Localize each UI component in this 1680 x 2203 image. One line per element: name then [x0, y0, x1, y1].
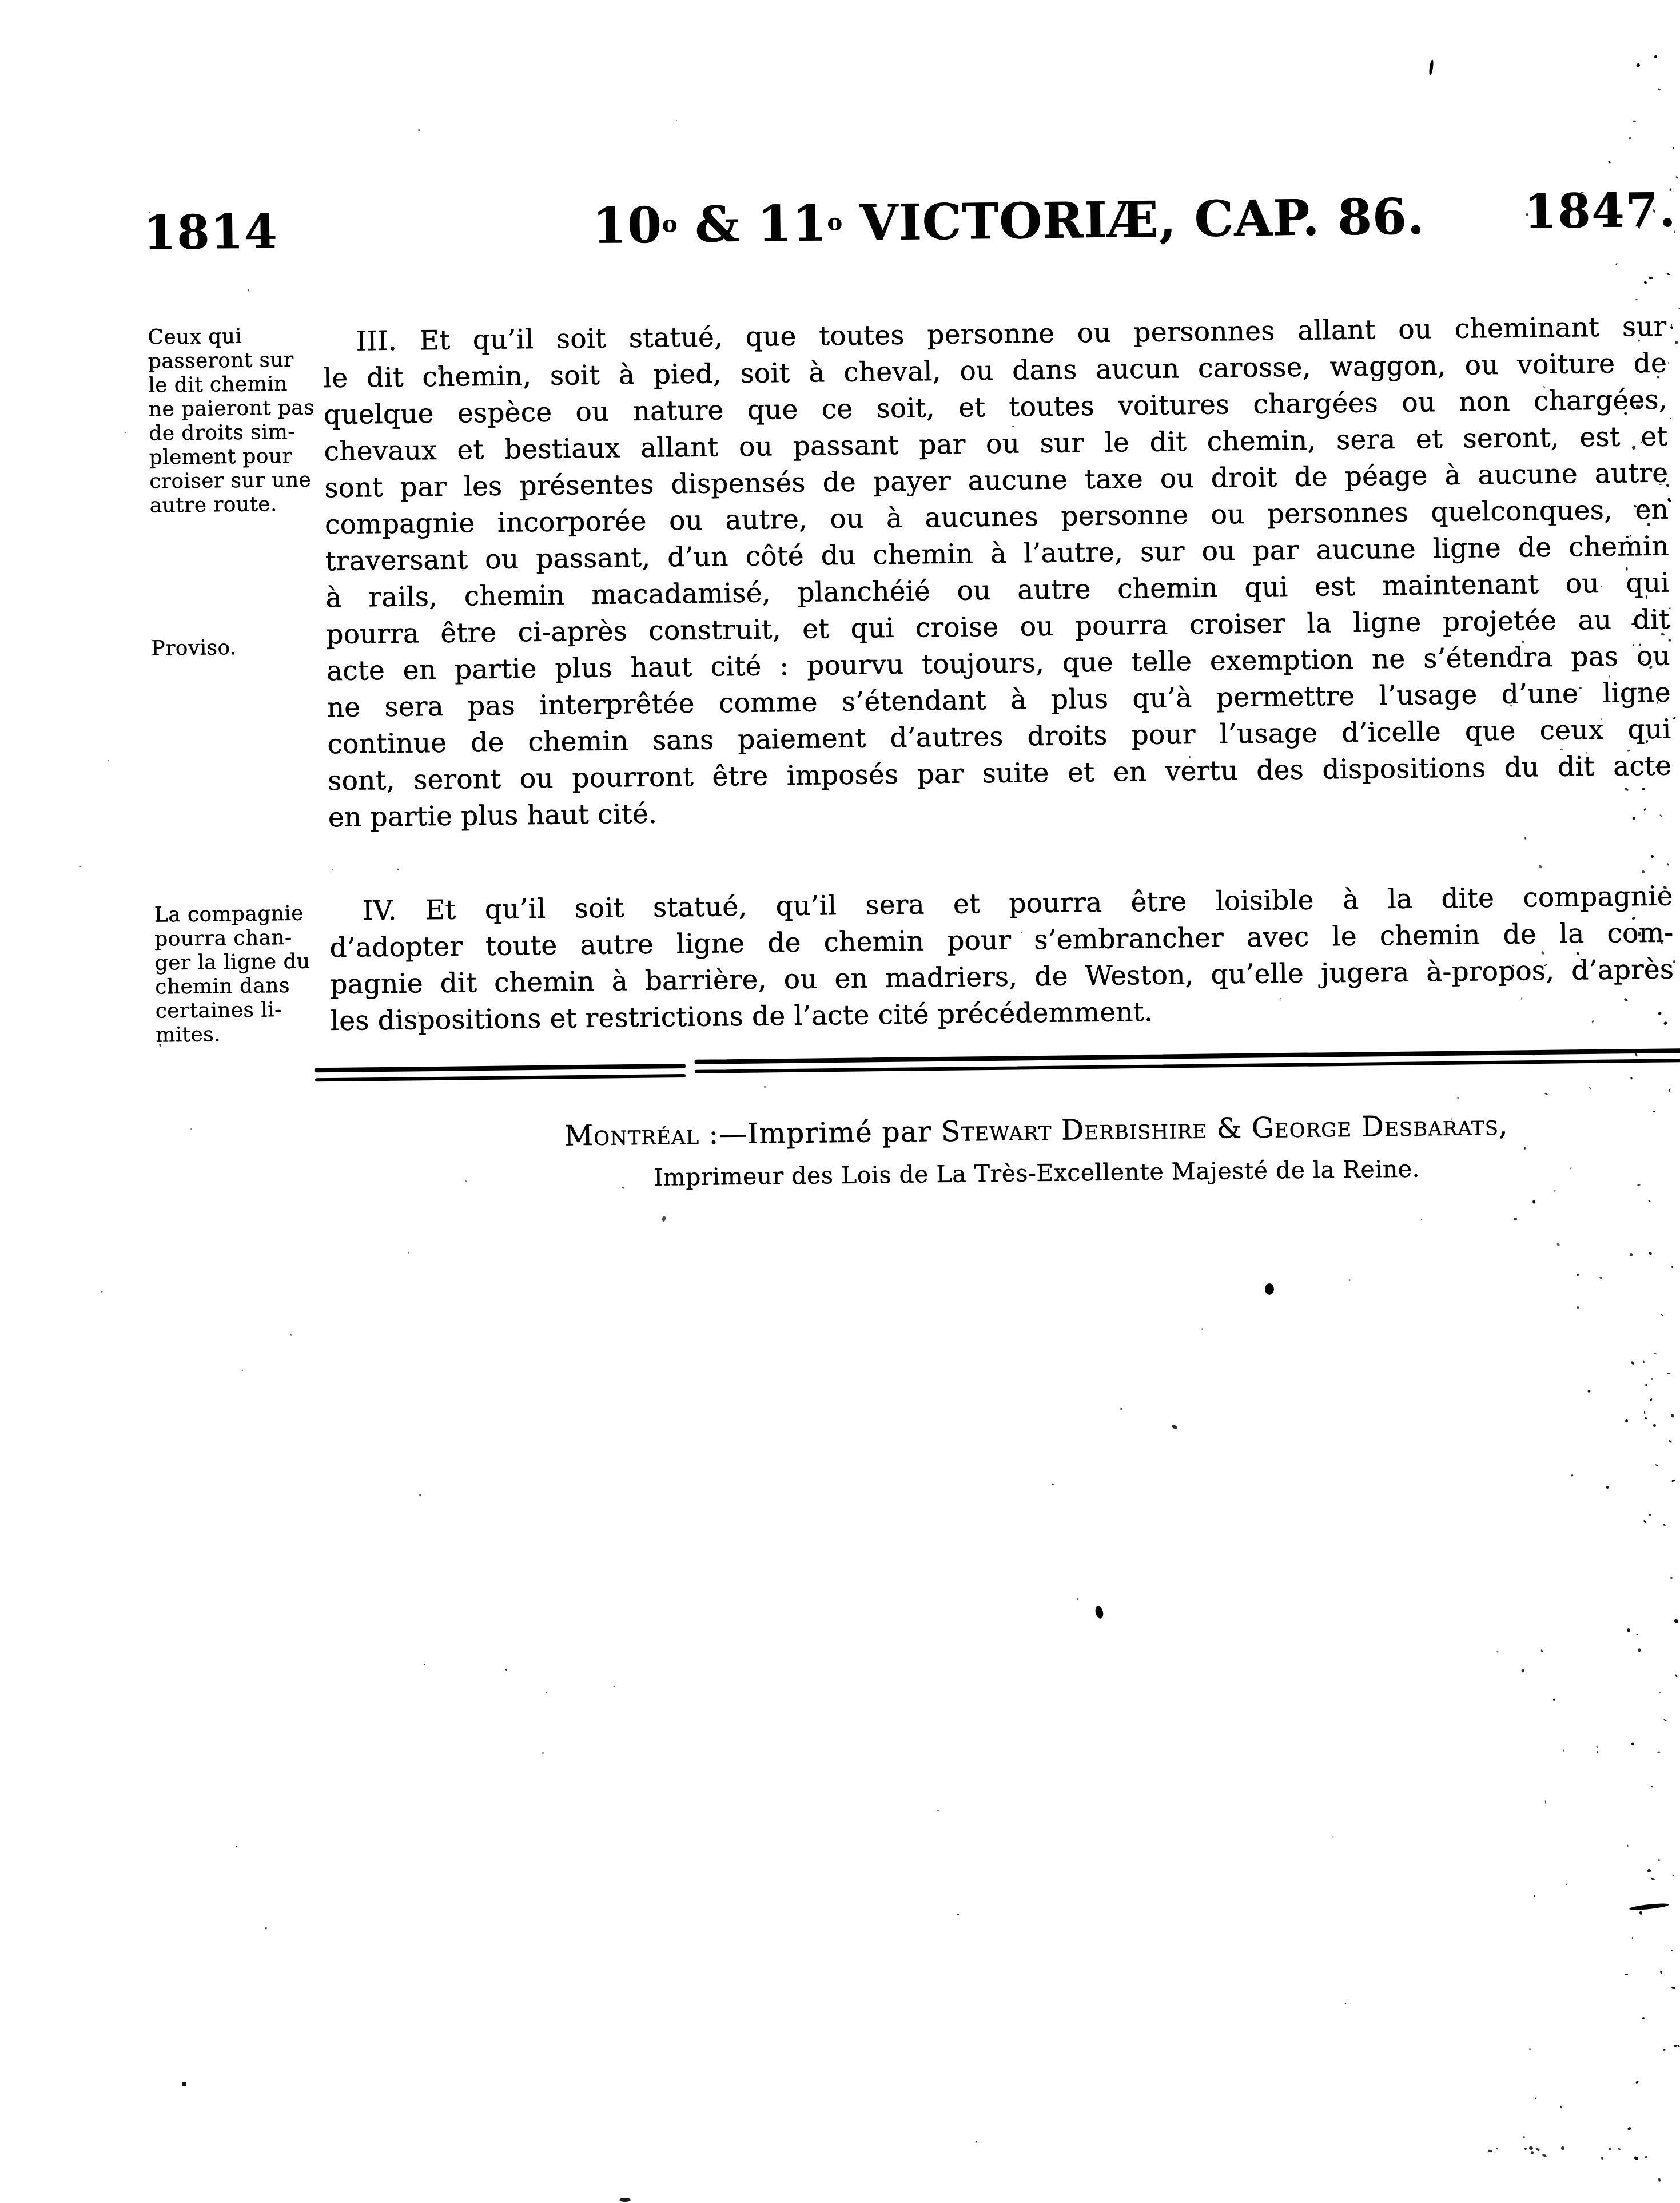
imprint-city: Montréal [564, 1118, 700, 1152]
running-title-part: VICTORIÆ, CAP. 86. [842, 188, 1425, 252]
running-title-part: & 11 [677, 194, 827, 254]
imprint-printer-names: Stewart Derbishire & George Desbarats, [941, 1109, 1508, 1148]
section-divider-rule [315, 1048, 1680, 1082]
imprint: Montréal :—Imprimé par Stewart Derbishir… [379, 1107, 1680, 1194]
rule-segment [315, 1074, 686, 1081]
page-number-right: 1847. [1524, 182, 1677, 239]
imprint-role-line: Imprimeur des Lois de La Très-Excellente… [379, 1152, 1680, 1194]
page-number-left: 1814 [143, 204, 278, 261]
rule-segment [315, 1064, 686, 1072]
running-title-part: 10 [592, 196, 663, 255]
imprint-publisher-line: Montréal :—Imprimé par Stewart Derbishir… [379, 1107, 1680, 1154]
statute-section-iii: III. Et qu’il soit statué, que toutes pe… [323, 308, 1672, 836]
ink-blot [619, 2198, 631, 2202]
document-page: 1814 10o & 11o VICTORIÆ, CAP. 86. 1847. … [0, 0, 1680, 2203]
running-title-ordinal: o [662, 211, 677, 237]
statute-section-iv: IV. Et qu’il soit statué, qu’il sera et … [329, 878, 1674, 1040]
scanned-statute-content: 1814 10o & 11o VICTORIÆ, CAP. 86. 1847. … [0, 0, 1680, 2203]
imprint-printed-by: :—Imprimé par [699, 1115, 942, 1151]
running-title: 10o & 11o VICTORIÆ, CAP. 86. [592, 188, 1426, 255]
running-title-ordinal: o [827, 209, 842, 236]
